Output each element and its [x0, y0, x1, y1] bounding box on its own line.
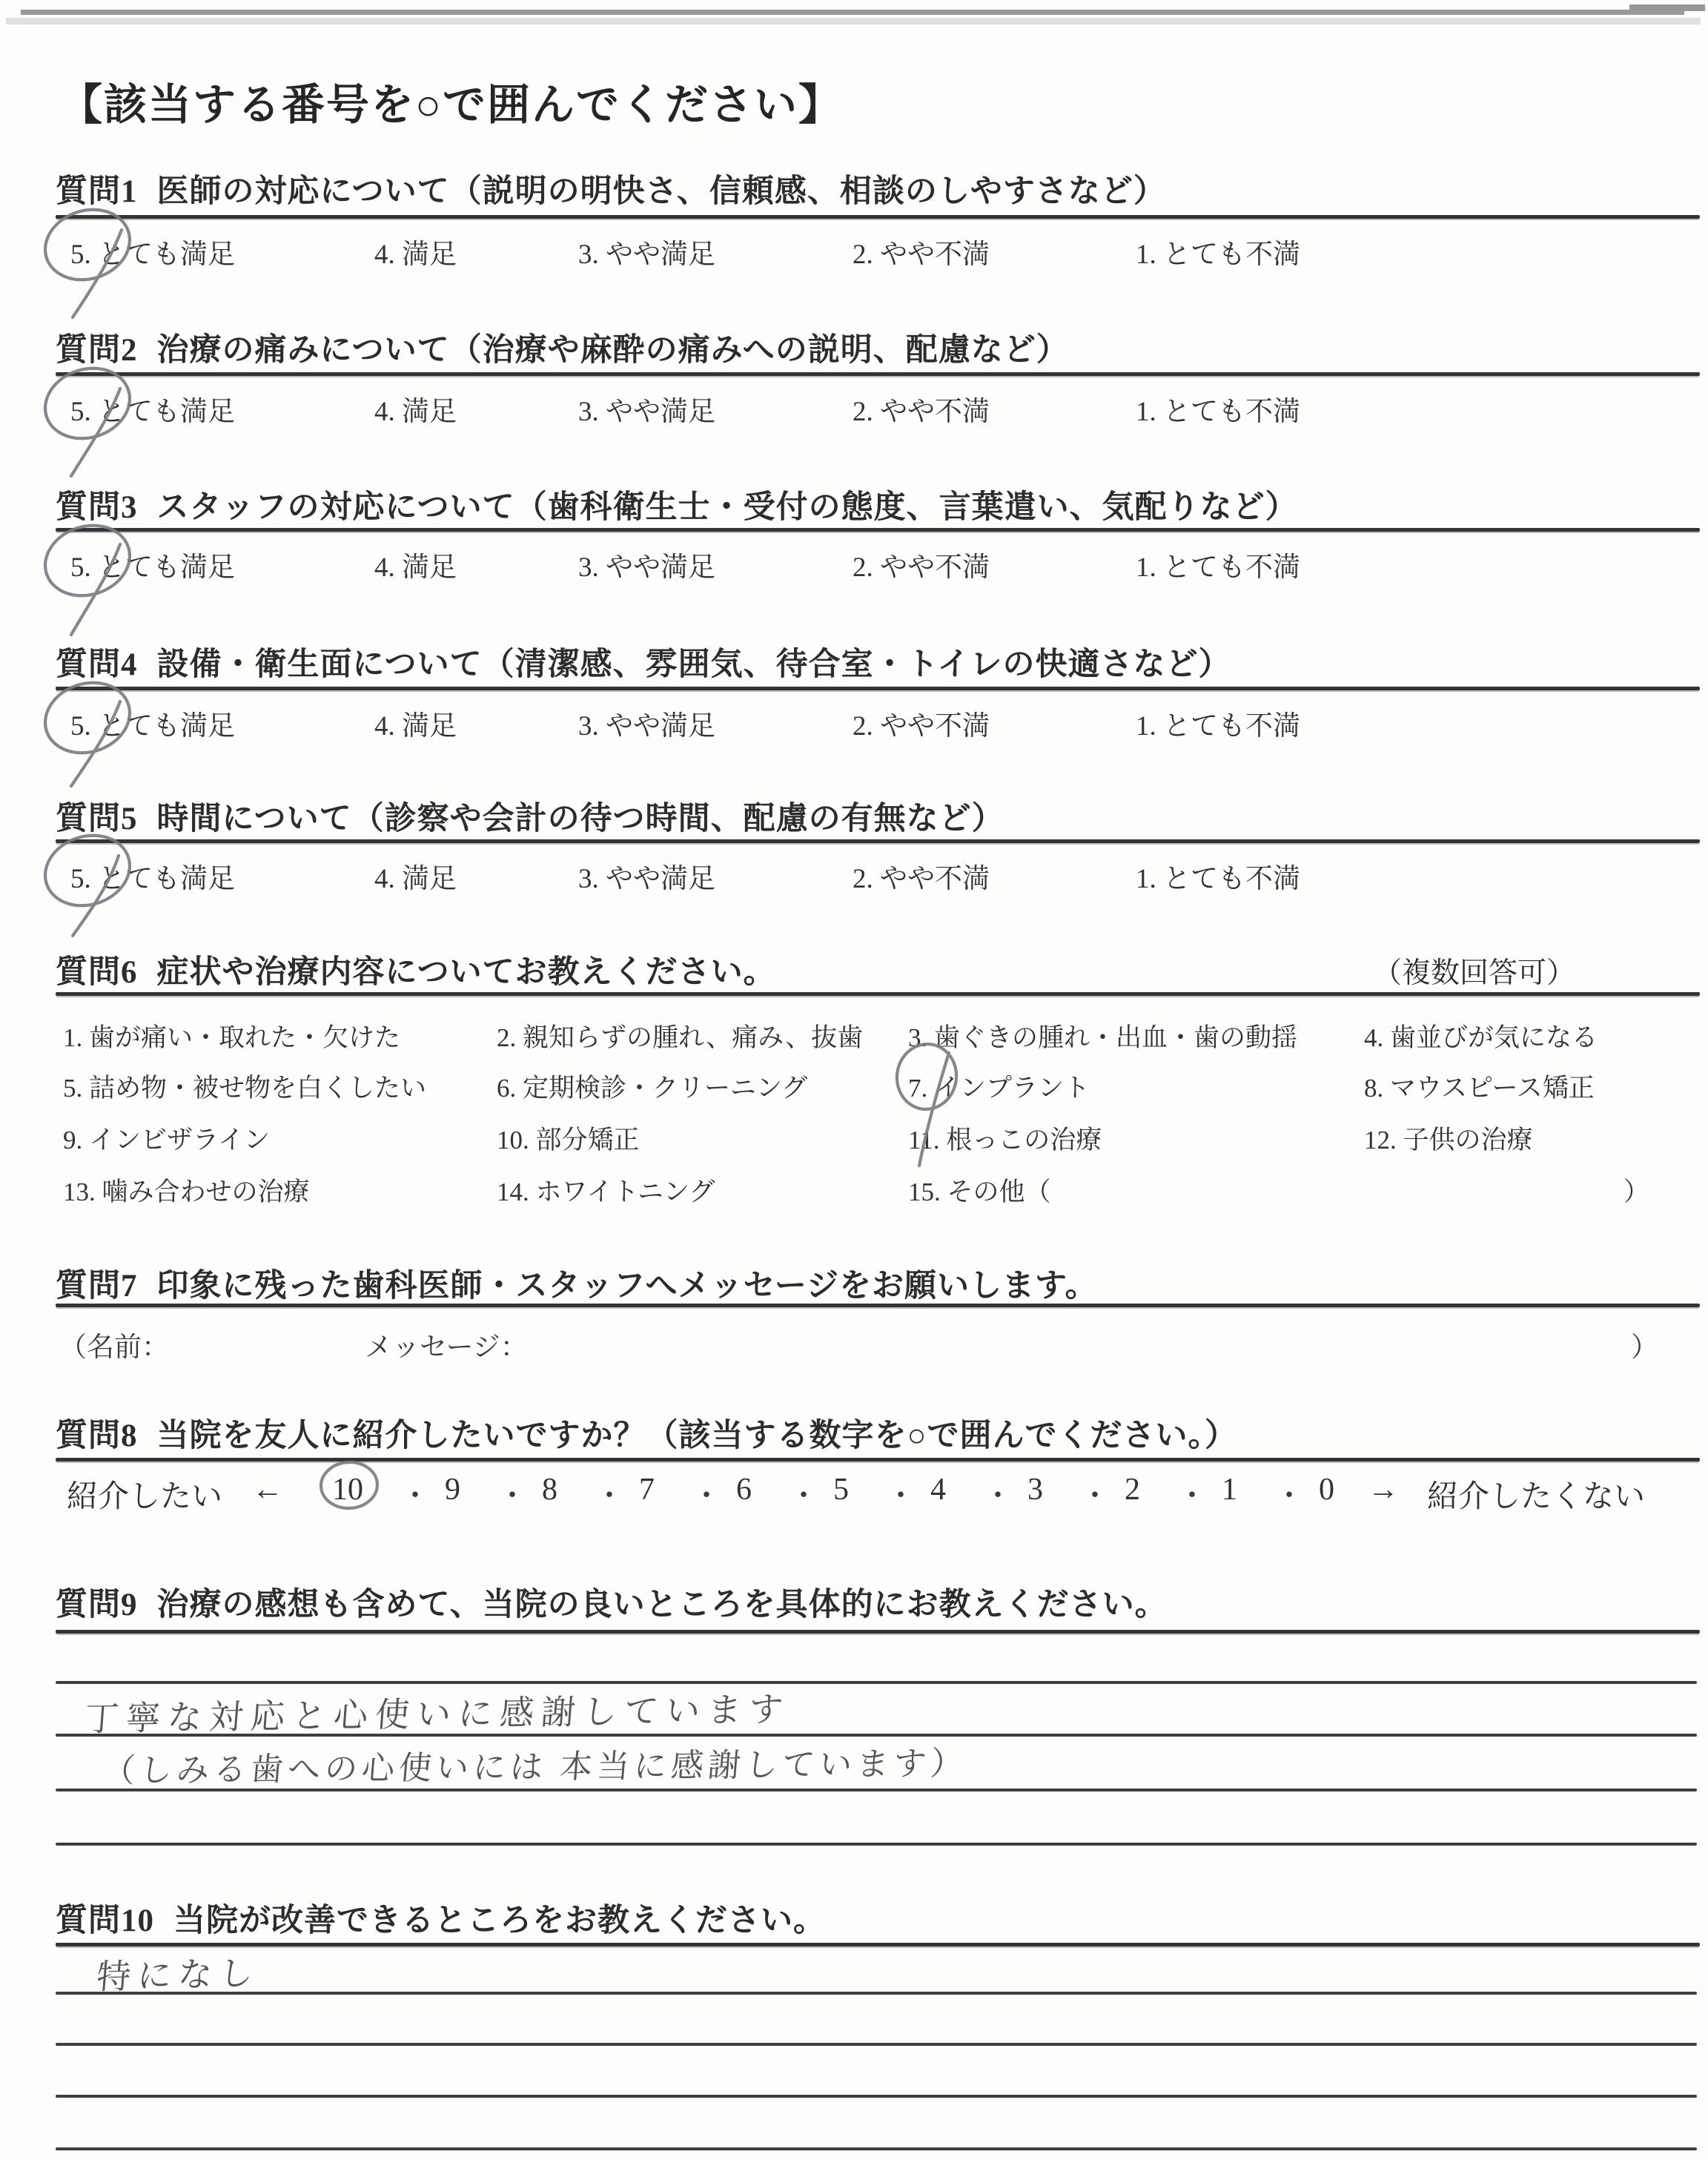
q8-scale-6: 6	[736, 1472, 752, 1507]
q9-answer-line-1	[56, 1681, 1697, 1684]
question-6-title: 症状や治療内容についてお教えください。	[157, 947, 776, 992]
question-2-number: 質問2	[56, 325, 138, 370]
q2-option-5: 5. とても満足	[70, 389, 235, 429]
q6-item-7: 7. インプラント	[908, 1068, 1090, 1105]
q6-item-15: 15. その他（	[908, 1172, 1051, 1209]
question-1-rule	[56, 215, 1700, 219]
q6-item-13: 13. 噛み合わせの治療	[63, 1172, 310, 1209]
question-9-number: 質問9	[56, 1579, 138, 1625]
q4-option-5: 5. とても満足	[70, 703, 235, 743]
q8-scale-10: 10	[332, 1472, 363, 1507]
q8-scale-1: 1	[1222, 1472, 1237, 1507]
question-9-title: 治療の感想も含めて、当院の良いところを具体的にお教えください。	[157, 1579, 1168, 1625]
q1-option-5: 5. とても満足	[70, 231, 235, 271]
question-3-heading: 質問3 スタッフの対応について（歯科衛生士・受付の態度、言葉遣い、気配りなど）	[56, 482, 1298, 527]
left-arrow-icon: ←	[252, 1472, 283, 1507]
form-title: 【該当する番号を○で囲んでください】	[59, 70, 843, 132]
q10-answer-line-1	[56, 1992, 1697, 1995]
q1-option-1: 1. とても不満	[1136, 231, 1300, 271]
question-1-number: 質問1	[56, 166, 138, 211]
question-4-title: 設備・衛生面について（清潔感、雰囲気、待合室・トイレの快適さなど）	[157, 639, 1231, 684]
q9-answer-line-4	[56, 1843, 1697, 1846]
question-7-rule	[56, 1304, 1700, 1307]
handwritten-answer-q9-line2: （しみる歯への心使いには 本当に感謝しています）	[101, 1737, 970, 1791]
question-2-heading: 質問2 治療の痛みについて（治療や麻酔の痛みへの説明、配慮など）	[56, 325, 1069, 370]
q8-scale-5: 5	[833, 1472, 849, 1507]
q4-option-1: 1. とても不満	[1136, 703, 1300, 743]
scan-artifact-corner	[1629, 4, 1705, 11]
q6-item-9: 9. インビザライン	[63, 1120, 270, 1157]
question-8-number: 質問8	[56, 1410, 138, 1456]
question-3-rule	[56, 528, 1700, 532]
q2-option-4: 4. 満足	[374, 389, 457, 429]
question-5-rule	[56, 839, 1700, 843]
q6-item-4: 4. 歯並びが気になる	[1364, 1017, 1598, 1054]
q8-right-label: 紹介したくない	[1427, 1472, 1645, 1516]
question-10-rule	[56, 1943, 1700, 1946]
q8-dot: ・	[497, 1472, 527, 1514]
question-2-title: 治療の痛みについて（治療や麻酔の痛みへの説明、配慮など）	[157, 325, 1069, 370]
question-3-number: 質問3	[56, 482, 138, 527]
question-7-heading: 質問7 印象に残った歯科医師・スタッフへメッセージをお願いします。	[56, 1261, 1098, 1306]
q5-option-4: 4. 満足	[374, 856, 457, 896]
question-3-title: スタッフの対応について（歯科衛生士・受付の態度、言葉遣い、気配りなど）	[157, 482, 1298, 527]
q5-option-2: 2. やや不満	[853, 856, 990, 896]
question-8-heading: 質問8 当院を友人に紹介したいですか？（該当する数字を○で囲んでください。）	[56, 1410, 1237, 1456]
q3-option-5: 5. とても満足	[70, 544, 235, 584]
question-4-rule	[56, 687, 1700, 690]
q2-option-3: 3. やや満足	[578, 389, 715, 429]
question-10-title: 当院が改善できるところをお教えください。	[173, 1895, 826, 1941]
question-9-rule	[56, 1630, 1700, 1634]
question-8-title: 当院を友人に紹介したいですか？（該当する数字を○で囲んでください。）	[157, 1410, 1237, 1456]
q10-answer-line-3	[56, 2095, 1697, 2098]
q2-option-2: 2. やや不満	[853, 389, 990, 429]
scan-artifact-light-line	[6, 18, 1701, 24]
q6-item-12: 12. 子供の治療	[1364, 1120, 1533, 1157]
q1-option-4: 4. 満足	[374, 231, 457, 271]
question-8-rule	[56, 1458, 1700, 1462]
q5-option-3: 3. やや満足	[578, 856, 715, 896]
q8-left-label: 紹介したい	[67, 1472, 222, 1516]
q8-scale-4: 4	[930, 1472, 946, 1507]
q8-dot: ・	[886, 1472, 916, 1514]
q1-option-3: 3. やや満足	[578, 231, 715, 271]
question-4-heading: 質問4 設備・衛生面について（清潔感、雰囲気、待合室・トイレの快適さなど）	[56, 639, 1231, 684]
q8-dot: ・	[983, 1472, 1013, 1514]
question-6-number: 質問6	[56, 947, 138, 992]
q4-option-3: 3. やや満足	[578, 703, 715, 743]
q4-option-2: 2. やや不満	[853, 703, 990, 743]
q8-scale-9: 9	[445, 1472, 460, 1507]
question-2-rule	[56, 372, 1700, 376]
q7-message-label: メッセージ：	[365, 1324, 528, 1364]
q7-close-paren: ）	[1631, 1324, 1658, 1364]
q8-scale-7: 7	[639, 1472, 655, 1507]
q8-scale-0: 0	[1319, 1472, 1334, 1507]
right-arrow-icon: →	[1368, 1472, 1399, 1507]
question-5-number: 質問5	[56, 793, 138, 839]
question-5-heading: 質問5 時間について（診察や会計の待つ時間、配慮の有無など）	[56, 793, 1004, 839]
q6-item-2: 2. 親知らずの腫れ、痛み、抜歯	[497, 1017, 863, 1054]
q3-option-1: 1. とても不満	[1136, 544, 1300, 584]
q8-dot: ・	[692, 1472, 721, 1514]
question-10-heading: 質問10 当院が改善できるところをお教えください。	[56, 1895, 826, 1941]
q7-name-label: （名前：	[59, 1324, 169, 1364]
q10-answer-line-2	[56, 2043, 1697, 2046]
q8-scale-2: 2	[1125, 1472, 1140, 1507]
scanned-questionnaire-page: 【該当する番号を○で囲んでください】 質問1 医師の対応について（説明の明快さ、…	[0, 0, 1708, 2160]
q6-item-5: 5. 詰め物・被せ物を白くしたい	[63, 1068, 426, 1105]
q6-other-close-paren: ）	[1623, 1172, 1649, 1209]
q8-scale-3: 3	[1027, 1472, 1043, 1507]
q8-dot: ・	[400, 1472, 430, 1514]
q6-item-1: 1. 歯が痛い・取れた・欠けた	[63, 1017, 400, 1054]
question-6-note: （複数回答可）	[1373, 950, 1575, 991]
q6-item-11: 11. 根っこの治療	[908, 1120, 1102, 1157]
q10-answer-line-4	[56, 2147, 1697, 2150]
question-6-heading: 質問6 症状や治療内容についてお教えください。	[56, 947, 776, 992]
q2-option-1: 1. とても不満	[1136, 389, 1300, 429]
q8-dot: ・	[789, 1472, 818, 1514]
q8-dot: ・	[595, 1472, 624, 1514]
q5-option-1: 1. とても不満	[1136, 856, 1300, 896]
q3-option-4: 4. 満足	[374, 544, 457, 584]
q3-option-2: 2. やや不満	[853, 544, 990, 584]
q8-dot: ・	[1177, 1472, 1207, 1514]
question-1-title: 医師の対応について（説明の明快さ、信頼感、相談のしやすさなど）	[157, 166, 1166, 211]
q6-item-6: 6. 定期検診・クリーニング	[497, 1068, 807, 1105]
q6-item-8: 8. マウスピース矯正	[1364, 1068, 1595, 1105]
q6-item-3: 3. 歯ぐきの腫れ・出血・歯の動揺	[908, 1017, 1297, 1054]
question-6-rule	[56, 992, 1700, 996]
q8-scale-8: 8	[542, 1472, 557, 1507]
q3-option-3: 3. やや満足	[578, 544, 715, 584]
q4-option-4: 4. 満足	[374, 703, 457, 743]
q6-item-10: 10. 部分矯正	[497, 1120, 640, 1157]
question-7-number: 質問7	[56, 1261, 138, 1306]
handwritten-answer-q9-line1: 丁寧な対応と心使いに感謝しています	[83, 1682, 792, 1741]
question-4-number: 質問4	[56, 639, 138, 684]
question-1-heading: 質問1 医師の対応について（説明の明快さ、信頼感、相談のしやすさなど）	[56, 166, 1166, 211]
question-10-number: 質問10	[56, 1895, 154, 1941]
q6-item-14: 14. ホワイトニング	[497, 1172, 715, 1209]
question-5-title: 時間について（診察や会計の待つ時間、配慮の有無など）	[157, 793, 1004, 839]
question-9-heading: 質問9 治療の感想も含めて、当院の良いところを具体的にお教えください。	[56, 1579, 1168, 1625]
question-7-title: 印象に残った歯科医師・スタッフへメッセージをお願いします。	[157, 1261, 1098, 1306]
scan-artifact-line	[21, 10, 1684, 15]
q5-option-5: 5. とても満足	[70, 856, 235, 896]
q1-option-2: 2. やや不満	[853, 231, 990, 271]
q8-dot: ・	[1274, 1472, 1304, 1514]
q8-dot: ・	[1080, 1472, 1110, 1514]
